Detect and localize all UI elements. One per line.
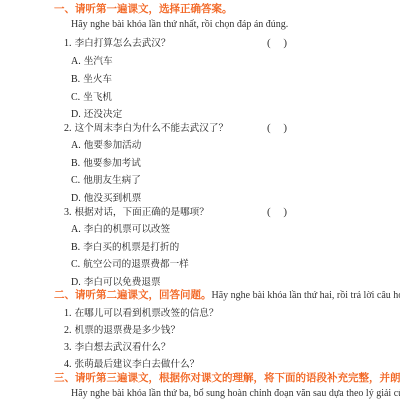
option-text: 他要参加考试 — [83, 158, 141, 169]
question-text: 在哪儿可以看到机票改签的信息？ — [75, 308, 219, 319]
question-number: 4. — [64, 359, 72, 370]
question-number: 3. — [64, 342, 72, 353]
question-number: 1. — [64, 38, 72, 49]
answer-bracket-1[interactable]: ( ) — [267, 37, 287, 49]
option-letter: D. — [71, 109, 81, 120]
section3-instruction: Hãy nghe bài khóa lần thứ ba, bổ sung ho… — [71, 389, 400, 399]
option-letter: A. — [71, 140, 81, 151]
question-text: 根据对话，下面正确的是哪项？ — [75, 207, 209, 218]
section3-heading: 三、请听第三遍课文，根据你对课文的理解，将下面的语段补充完整，并朗读。 — [54, 373, 400, 384]
option-letter: B. — [71, 74, 80, 85]
s1-q1-option-c: C. 坐飞机 — [71, 93, 112, 103]
s1-question-3: 3. 根据对话，下面正确的是哪项？ — [64, 208, 209, 218]
s1-q1-option-d: D. 还没决定 — [71, 110, 122, 120]
option-text: 他没买到机票 — [84, 193, 142, 204]
s1-question-2: 2. 这个周末李白为什么不能去武汉了？ — [64, 124, 228, 134]
s1-q2-option-b: B. 他要参加考试 — [71, 159, 141, 169]
question-text: 张萌最后建议李白去做什么？ — [75, 359, 200, 370]
option-letter: A. — [71, 56, 81, 67]
option-text: 航空公司的退票费都一样 — [83, 259, 189, 270]
s1-q1-option-b: B. 坐火车 — [71, 75, 112, 85]
s1-q2-option-d: D. 他没买到机票 — [71, 194, 141, 204]
question-number: 3. — [64, 207, 72, 218]
s2-question-1: 1. 在哪儿可以看到机票改签的信息？ — [64, 309, 218, 319]
option-letter: D. — [71, 277, 81, 288]
question-text: 机票的退票费是多少钱？ — [75, 325, 181, 336]
s1-q2-option-c: C. 他朋友生病了 — [71, 176, 141, 186]
answer-bracket-3[interactable]: ( ) — [267, 206, 287, 218]
option-text: 他要参加活动 — [84, 140, 142, 151]
option-text: 李白的机票可以改签 — [84, 224, 170, 235]
section2-heading: 二、请听第二遍课文，回答问题。Hãy nghe bài khóa lần thứ… — [54, 290, 400, 301]
question-number: 2. — [64, 325, 72, 336]
option-text: 李白可以免费退票 — [84, 277, 161, 288]
option-letter: B. — [71, 158, 80, 169]
question-number: 1. — [64, 308, 72, 319]
section2-instruction: Hãy nghe bài khóa lần thứ hai, rồi trả l… — [212, 290, 400, 301]
question-text: 李白想去武汉看什么？ — [75, 342, 171, 353]
option-text: 坐火车 — [83, 74, 112, 85]
s1-q1-option-a: A. 坐汽车 — [71, 57, 113, 67]
option-letter: A. — [71, 224, 81, 235]
option-text: 还没决定 — [84, 109, 122, 120]
question-number: 2. — [64, 123, 72, 134]
section1-instruction: Hãy nghe bài khóa lần thứ nhất, rồi chọn… — [71, 20, 288, 30]
s1-q3-option-a: A. 李白的机票可以改签 — [71, 225, 170, 235]
option-text: 坐汽车 — [84, 56, 113, 67]
section2-heading-text: 二、请听第二遍课文，回答问题。 — [54, 289, 212, 301]
s1-q2-option-a: A. 他要参加活动 — [71, 141, 141, 151]
option-letter: C. — [71, 92, 80, 103]
s1-question-1: 1. 李白打算怎么去武汉？ — [64, 39, 171, 49]
option-letter: C. — [71, 175, 80, 186]
s1-q3-option-d: D. 李白可以免费退票 — [71, 278, 161, 288]
option-letter: B. — [71, 242, 80, 253]
s2-question-3: 3. 李白想去武汉看什么？ — [64, 343, 171, 353]
option-letter: C. — [71, 259, 80, 270]
option-text: 他朋友生病了 — [83, 175, 141, 186]
s2-question-2: 2. 机票的退票费是多少钱？ — [64, 326, 180, 336]
s1-q3-option-b: B. 李白买的机票是打折的 — [71, 243, 179, 253]
section1-heading: 一、请听第一遍课文，选择正确答案。 — [54, 4, 233, 15]
s1-q3-option-c: C. 航空公司的退票费都一样 — [71, 260, 189, 270]
option-letter: D. — [71, 193, 81, 204]
option-text: 坐飞机 — [83, 92, 112, 103]
s2-question-4: 4. 张萌最后建议李白去做什么？ — [64, 360, 199, 370]
question-text: 这个周末李白为什么不能去武汉了？ — [75, 123, 229, 134]
option-text: 李白买的机票是打折的 — [83, 242, 179, 253]
answer-bracket-2[interactable]: ( ) — [267, 122, 287, 134]
question-text: 李白打算怎么去武汉？ — [75, 38, 171, 49]
